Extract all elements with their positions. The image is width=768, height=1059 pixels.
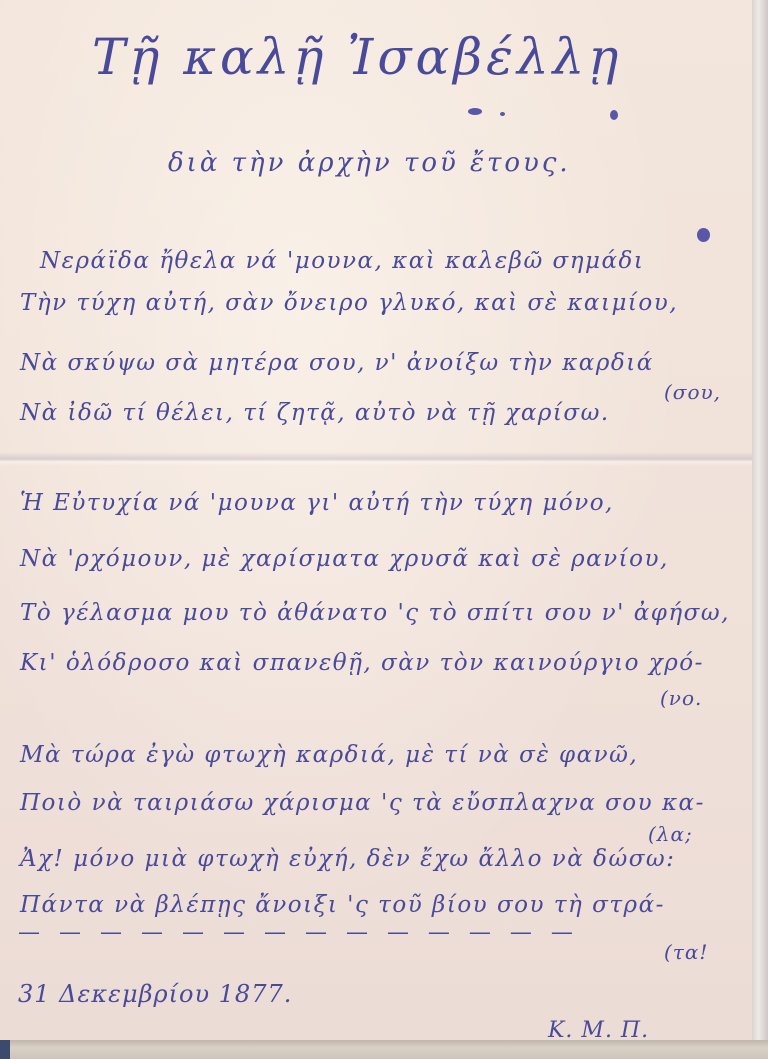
poem-line: Νὰ ἰδῶ τί θέλει, τί ζητᾷ, αὐτὸ νὰ τῇ χαρ… (20, 400, 610, 426)
poem-title: Τῇ καλῇ Ἰσαβέλλῃ (92, 28, 622, 86)
ink-blot (468, 108, 482, 115)
paper-fold-crease (0, 452, 752, 466)
manuscript-page: Τῇ καλῇ Ἰσαβέλλῃ διὰ τὴν ἀρχὴν τοῦ ἔτους… (0, 0, 752, 1040)
poem-line-continuation: (σου, (664, 380, 721, 404)
poem-line: Ἀχ! μόνο μιὰ φτωχὴ εὐχή, δὲν ἔχω ἄλλο νὰ… (20, 846, 675, 872)
poem-line-continuation: (λα; (648, 822, 693, 846)
poem-line-continuation: (νο. (660, 686, 702, 710)
poem-line: Τὸ γέλασμα μου τὸ ἀθάνατο 'ς τὸ σπίτι σο… (20, 600, 730, 626)
ink-blot (500, 112, 505, 116)
date-line: 31 Δεκεμβρίου 1877. (18, 980, 292, 1008)
poem-line: Κι' ὁλόδροσο καὶ σπανεθῇ, σὰν τὸν καινού… (20, 650, 704, 676)
poem-line: Νὰ σκύψω σὰ μητέρα σου, ν' ἀνοίξω τὴν κα… (20, 350, 654, 376)
ink-blot (610, 110, 618, 120)
poem-line: Μὰ τώρα ἐγὼ φτωχὴ καρδιά, μὲ τί νὰ σὲ φα… (20, 742, 638, 768)
poem-subtitle: διὰ τὴν ἀρχὴν τοῦ ἔτους. (168, 148, 571, 178)
poem-line: Ποιὸ νὰ ταιριάσω χάρισμα 'ς τὰ εὔσπλαχνα… (20, 790, 705, 816)
ink-blot (697, 228, 710, 242)
page-edge-bottom (0, 1040, 768, 1059)
poem-line-continuation: (τα! (664, 940, 708, 964)
poem-line: Πάντα νὰ βλέπῃς ἄνοιξι 'ς τοῦ βίου σου τ… (20, 892, 665, 918)
separator-dashes: — — — — — — — — — — — — — — (18, 920, 579, 945)
binding-corner (0, 1040, 10, 1059)
poem-line: Τὴν τύχη αὐτή, σὰν ὄνειρο γλυκό, καὶ σὲ … (20, 290, 678, 316)
poem-line: Ἡ Εὐτυχία νά 'μουνα γι' αὐτή τὴν τύχη μό… (20, 490, 614, 516)
poem-line: Νεράϊδα ἤθελα νά 'μουνα, καὶ καλεβῶ σημά… (40, 248, 644, 274)
page-edge-right (752, 0, 768, 1059)
poem-line: Νὰ 'ρχόμουν, μὲ χαρίσματα χρυσᾶ καὶ σὲ ρ… (20, 546, 669, 572)
